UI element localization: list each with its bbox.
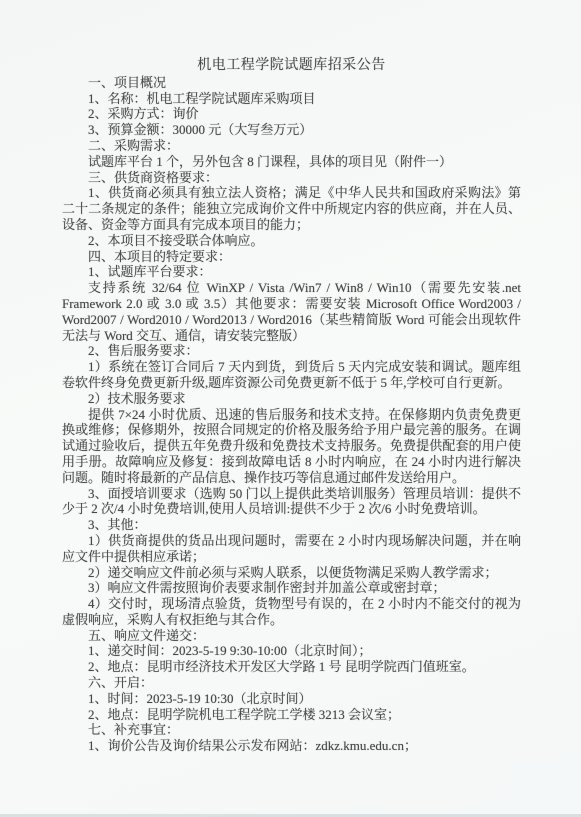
paragraph: 2、本项目不接受联合体响应。 <box>62 233 521 249</box>
paragraph: 支持系统 32/64 位 WinXP / Vista /Win7 / Win8 … <box>62 280 521 343</box>
paragraph: 七、补充事宜： <box>62 722 521 738</box>
paragraph: 1、名称：机电工程学院试题库采购项目 <box>62 91 521 107</box>
paragraph: 2、地点：昆明市经济技术开发区大学路 1 号 昆明学院西门值班室。 <box>62 659 521 675</box>
document-body: 一、项目概况1、名称：机电工程学院试题库采购项目2、采购方式：询价3、预算金额：… <box>62 75 521 754</box>
paragraph: 二、采购需求： <box>62 138 521 154</box>
scanned-document: { "page": { "background": "#f6f8f7", "te… <box>0 0 581 817</box>
paragraph: 一、项目概况 <box>62 75 521 91</box>
paragraph: 三、供货商资格要求： <box>62 170 521 186</box>
paragraph: 2、地点：昆明学院机电工程学院工学楼 3213 会议室； <box>62 707 521 723</box>
paragraph: 1、递交时间：2023-5-19 9:30-10:00（北京时间）； <box>62 643 521 659</box>
paragraph: 3、预算金额：30000 元（大写叁万元） <box>62 122 521 138</box>
paragraph: 3、其他： <box>62 517 521 533</box>
paragraph: 四、本项目的特定要求： <box>62 249 521 265</box>
document-page: 机电工程学院试题库招采公告 一、项目概况1、名称：机电工程学院试题库采购项目2、… <box>62 58 521 754</box>
document-title: 机电工程学院试题库招采公告 <box>62 58 521 74</box>
paragraph: 1、询价公告及询价结果公示发布网站：zdkz.kmu.edu.cn； <box>62 738 521 754</box>
paragraph: 3）响应文件需按照询价表要求制作密封并加盖公章或密封章； <box>62 580 521 596</box>
paragraph: 1、试题库平台要求： <box>62 264 521 280</box>
paragraph: 五、响应文件递交： <box>62 628 521 644</box>
paragraph: 试题库平台 1 个，另外包含 8 门课程，具体的项目见（附件一） <box>62 154 521 170</box>
paragraph: 1）系统在签订合同后 7 天内到货，到货后 5 天内完成安装和调试。题库组卷软件… <box>62 359 521 391</box>
paragraph: 六、开启： <box>62 675 521 691</box>
paragraph: 3、面授培训要求（选购 50 门以上提供此类培训服务）管理员培训：提供不少于 2… <box>62 486 521 518</box>
paragraph: 1）供货商提供的货品出现问题时，需要在 2 小时内现场解决问题，并在响应文件中提… <box>62 533 521 565</box>
paragraph: 提供 7×24 小时优质、迅速的售后服务和技术支持。在保修期内负责免费更换或维修… <box>62 407 521 486</box>
paragraph: 1、时间：2023-5-19 10:30（北京时间） <box>62 691 521 707</box>
paragraph: 2、采购方式：询价 <box>62 106 521 122</box>
paragraph: 2）技术服务要求 <box>62 391 521 407</box>
paragraph: 2、售后服务要求： <box>62 343 521 359</box>
paragraph: 2）递交响应文件前必须与采购人联系，以便货物满足采购人教学需求； <box>62 565 521 581</box>
paragraph: 4）交付时，现场清点验货，货物型号有误的，在 2 小时内不能交付的视为虚假响应，… <box>62 596 521 628</box>
paragraph: 1、供货商必须具有独立法人资格；满足《中华人民共和国政府采购法》第二十二条规定的… <box>62 185 521 232</box>
